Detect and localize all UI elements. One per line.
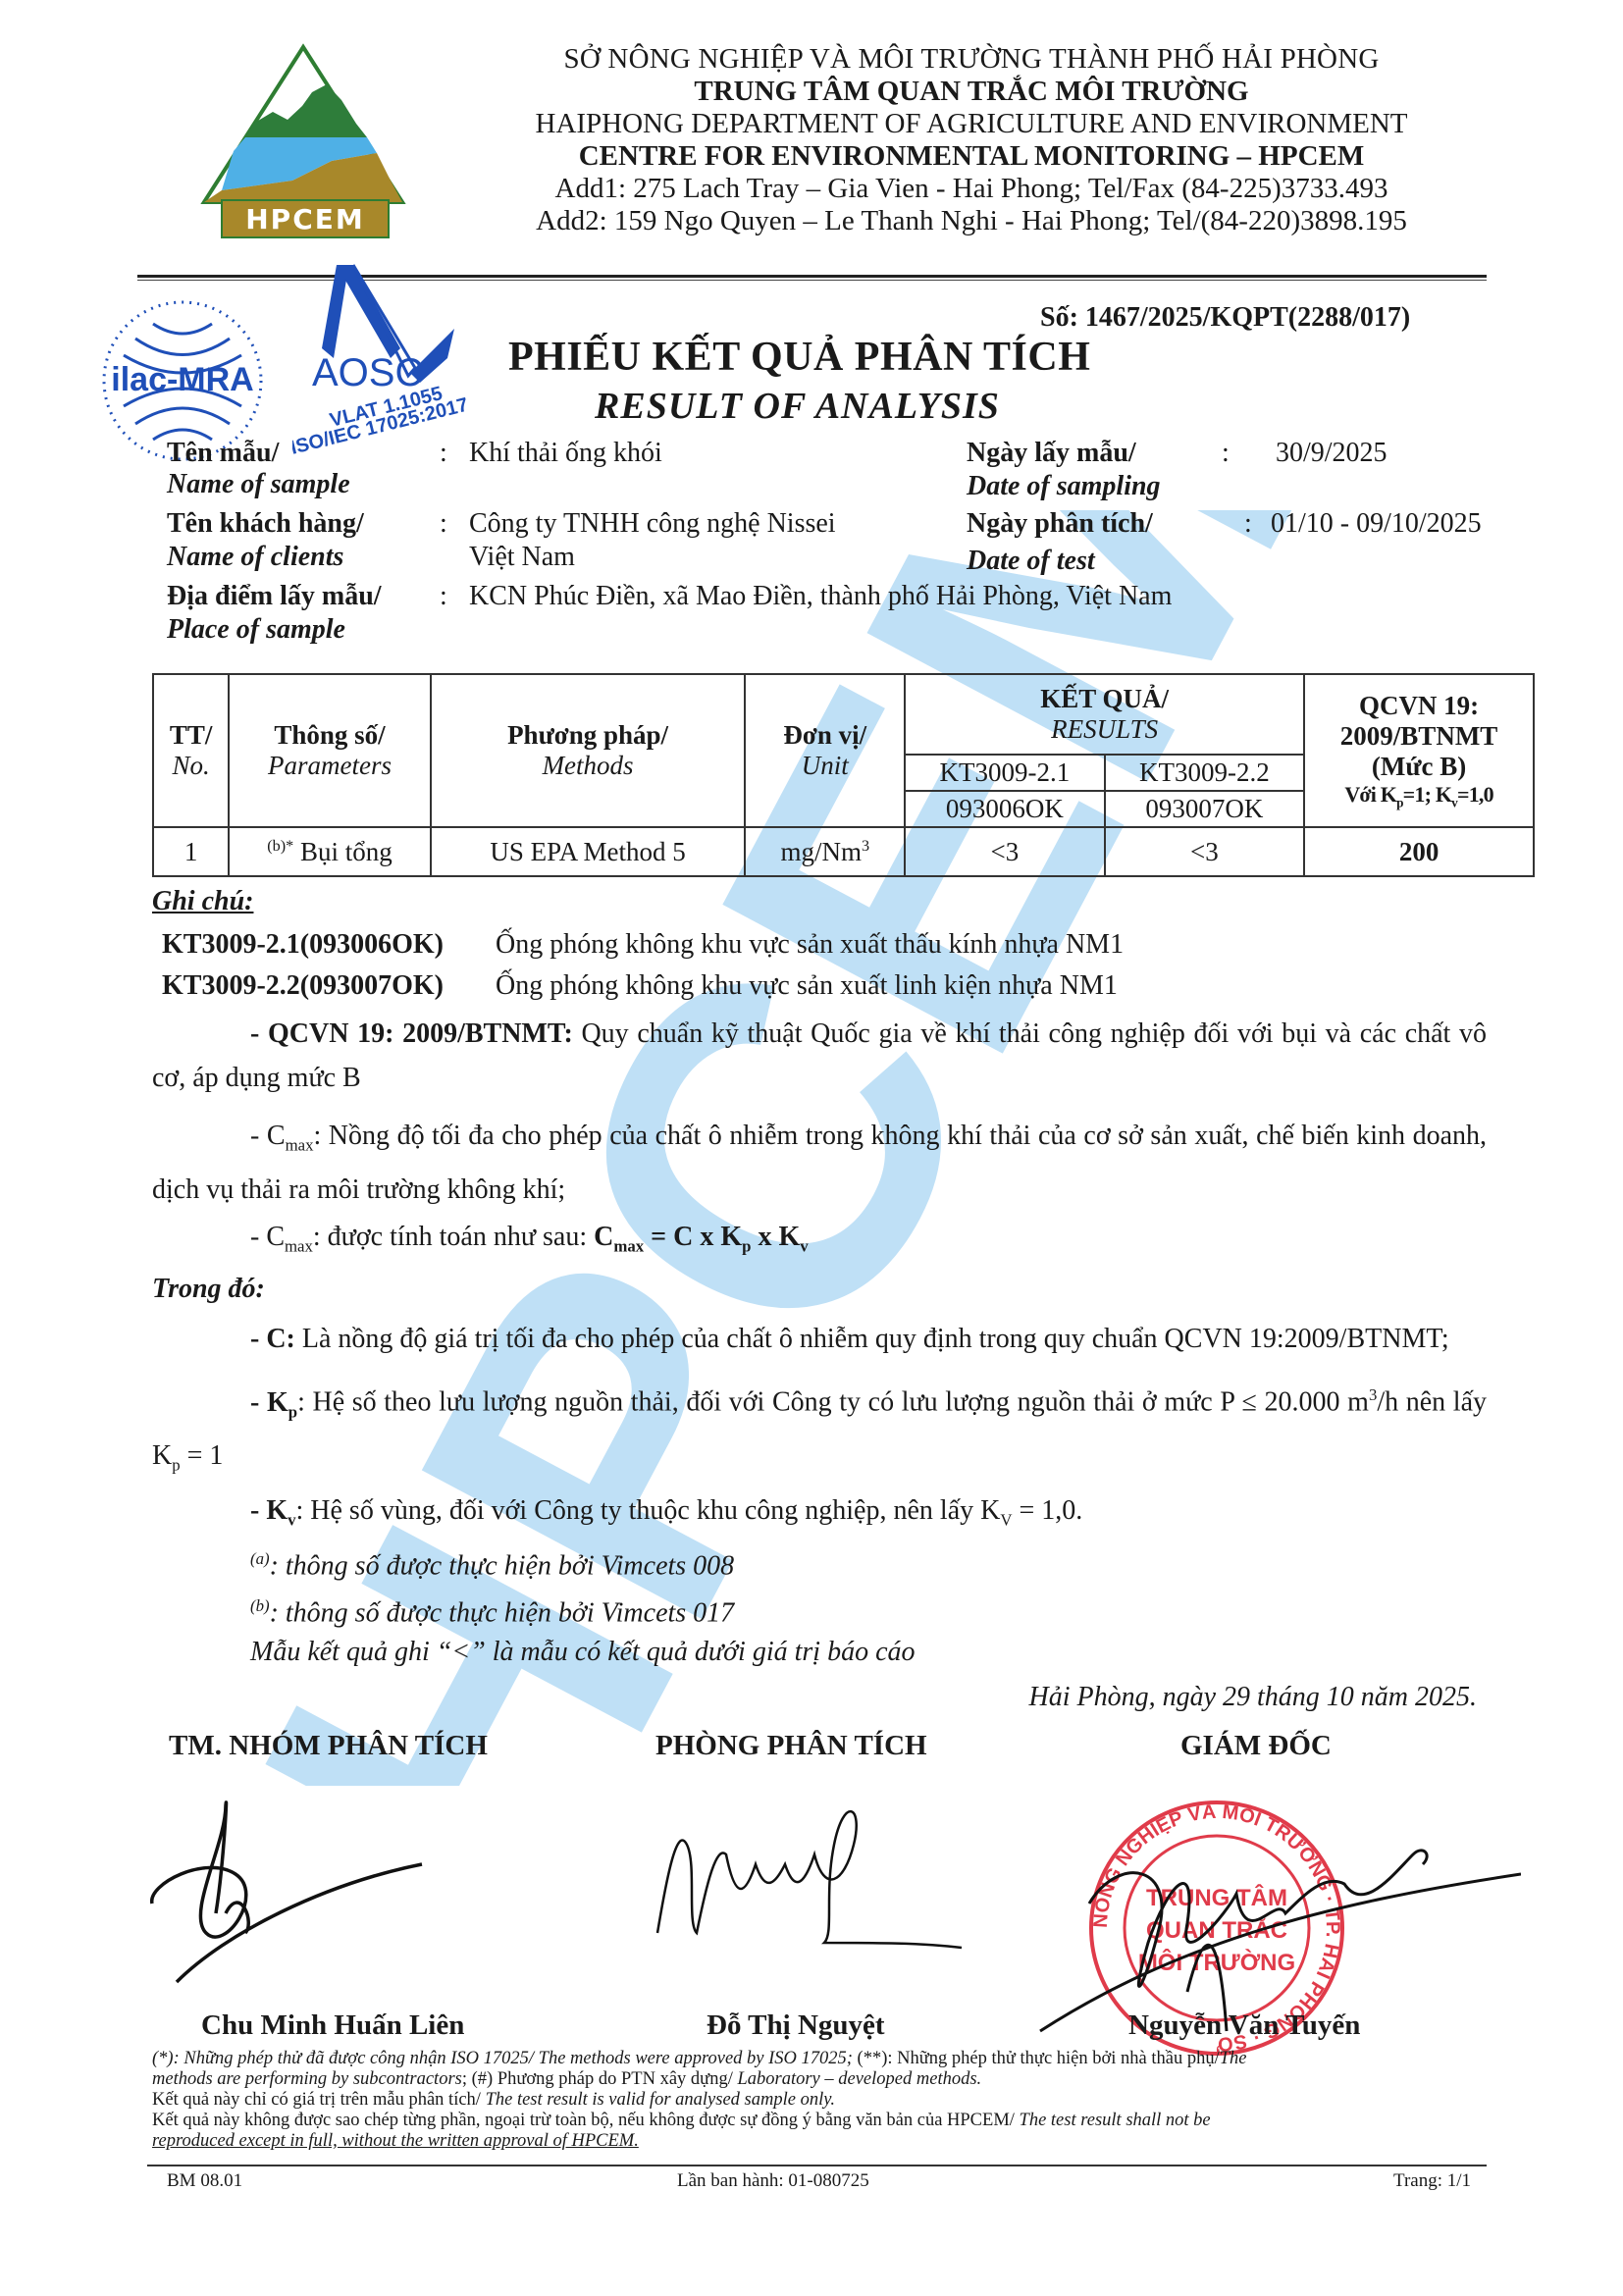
table-row: 1 (b)* Bụi tổng US EPA Method 5 mg/Nm3 <… bbox=[153, 827, 1534, 876]
sampling-date-label-en: Date of sampling bbox=[967, 471, 1161, 502]
svg-text:ilac-MRA: ilac-MRA bbox=[111, 361, 253, 398]
test-date-label-en: Date of test bbox=[967, 546, 1095, 577]
place-label-en: Place of sample bbox=[167, 614, 345, 646]
row-limit: 200 bbox=[1304, 827, 1534, 876]
header-results: KẾT QUẢ/ RESULTS bbox=[905, 674, 1304, 755]
note-sample-1: KT3009-2.1(093006OK)Ống phóng không khu … bbox=[152, 929, 1487, 961]
header-no: TT/ No. bbox=[153, 674, 229, 827]
client-label-en: Name of clients bbox=[167, 542, 343, 573]
note-cmax-formula: - Cmax: được tính toán như sau: Cmax = C… bbox=[152, 1222, 1487, 1263]
document-title-en: RESULT OF ANALYSIS bbox=[595, 385, 1000, 428]
aosc-accreditation-icon: AOSC VLAT 1.1055 ISO/IEC 17025:2017 bbox=[292, 260, 498, 456]
note-b: (b): thông số được thực hiện bởi Vimcets… bbox=[152, 1591, 1487, 1629]
sample-name-label-en: Name of sample bbox=[167, 469, 350, 500]
colon: : bbox=[1244, 508, 1252, 540]
signer-name-2: Đỗ Thị Nguyệt bbox=[707, 2009, 885, 2042]
org-centre-vn: TRUNG TÂM QUAN TRẮC MÔI TRƯỜNG bbox=[461, 76, 1482, 108]
colon: : bbox=[440, 438, 447, 469]
test-date-label: Ngày phân tích/ bbox=[967, 508, 1153, 540]
results-table: TT/ No. Thông số/ Parameters Phương pháp… bbox=[152, 673, 1535, 877]
note-kv: - Kv: Hệ số vùng, đối với Công ty thuộc … bbox=[152, 1495, 1487, 1537]
test-date-value: 01/10 - 09/10/2025 bbox=[1271, 508, 1482, 540]
sample2-code: 093007OK bbox=[1105, 791, 1304, 827]
row-no: 1 bbox=[153, 827, 229, 876]
note-kp: - Kp: Hệ số theo lưu lượng nguồn thải, đ… bbox=[152, 1373, 1487, 1487]
footer-line-1: (*): Những phép thử đã được công nhận IS… bbox=[152, 2049, 1496, 2069]
org-address-2: Add2: 159 Ngo Quyen – Le Thanh Nghi - Ha… bbox=[461, 205, 1482, 237]
footer-line-3: Kết quả này chỉ có giá trị trên mẫu phân… bbox=[152, 2090, 1496, 2111]
colon: : bbox=[1222, 438, 1230, 469]
org-centre-en: CENTRE FOR ENVIRONMENTAL MONITORING – HP… bbox=[461, 140, 1482, 173]
row-unit: mg/Nm3 bbox=[745, 827, 905, 876]
signature-2-icon bbox=[628, 1786, 981, 1982]
header-unit: Đơn vị/ Unit bbox=[745, 674, 905, 827]
signature-title-department: PHÒNG PHÂN TÍCH bbox=[655, 1730, 927, 1762]
sample-name-value: Khí thải ống khói bbox=[469, 438, 662, 469]
note-trong-do: Trong đó: bbox=[152, 1274, 1487, 1305]
row-parameter: (b)* Bụi tổng bbox=[229, 827, 431, 876]
issue-number: Lần ban hành: 01-080725 bbox=[677, 2170, 869, 2192]
document-title-vn: PHIẾU KẾT QUẢ PHÂN TÍCH bbox=[508, 334, 1090, 381]
note-a: (a): thông số được thực hiện bởi Vimcets… bbox=[152, 1543, 1487, 1582]
sample-name-label: Tên mẫu/ bbox=[167, 438, 279, 469]
client-label: Tên khách hàng/ bbox=[167, 508, 364, 540]
svg-text:HPCEM: HPCEM bbox=[245, 203, 365, 235]
signer-name-3: Nguyễn Văn Tuyến bbox=[1128, 2009, 1360, 2042]
note-sample-2: KT3009-2.2(093007OK)Ống phóng không khu … bbox=[152, 970, 1487, 1002]
page-number: Trang: 1/1 bbox=[1393, 2170, 1471, 2192]
document-number: Số: 1467/2025/KQPT(2288/017) bbox=[1040, 302, 1410, 334]
signature-title-director: GIÁM ĐỐC bbox=[1180, 1730, 1332, 1762]
footer-line-5: reproduced except in full, without the w… bbox=[152, 2131, 1496, 2152]
organization-header: SỞ NÔNG NGHIỆP VÀ MÔI TRƯỜNG THÀNH PHỐ H… bbox=[461, 43, 1482, 237]
footer-line-2: methods are performing by subcontractors… bbox=[152, 2069, 1496, 2090]
header-standard: QCVN 19: 2009/BTNMT (Mức B) Với Kp=1; Kv… bbox=[1304, 674, 1534, 827]
notes-heading: Ghi chú: bbox=[152, 886, 1487, 917]
sample1-id: KT3009-2.1 bbox=[905, 755, 1104, 791]
footer-line-4: Kết quả này không được sao chép từng phầ… bbox=[152, 2111, 1496, 2131]
place-date: Hải Phòng, ngày 29 tháng 10 năm 2025. bbox=[152, 1682, 1487, 1713]
sample2-id: KT3009-2.2 bbox=[1105, 755, 1304, 791]
note-qcvn: - QCVN 19: 2009/BTNMT: Quy chuẩn kỹ thuậ… bbox=[152, 1012, 1487, 1100]
svg-text:AOSC: AOSC bbox=[312, 351, 423, 394]
place-value: KCN Phúc Điền, xã Mao Điền, thành phố Hả… bbox=[469, 581, 1172, 612]
signature-1-icon bbox=[147, 1786, 442, 1992]
sample1-code: 093006OK bbox=[905, 791, 1104, 827]
client-value-line2: Việt Nam bbox=[469, 542, 575, 573]
org-department-en: HAIPHONG DEPARTMENT OF AGRICULTURE AND E… bbox=[461, 108, 1482, 140]
place-label: Địa điểm lấy mẫu/ bbox=[167, 581, 382, 612]
note-cmax-definition: - Cmax: Nồng độ tối đa cho phép của chất… bbox=[152, 1114, 1487, 1212]
colon: : bbox=[440, 581, 447, 612]
footer-divider bbox=[147, 2165, 1487, 2166]
row-result-2: <3 bbox=[1105, 827, 1304, 876]
notes-section: Ghi chú: KT3009-2.1(093006OK)Ống phóng k… bbox=[152, 886, 1487, 1713]
sampling-date-value: 30/9/2025 bbox=[1276, 438, 1387, 469]
signature-title-group: TM. NHÓM PHÂN TÍCH bbox=[169, 1730, 488, 1762]
signer-name-1: Chu Minh Huấn Liên bbox=[201, 2009, 464, 2042]
std-coefficients: Với Kp=1; Kv=1,0 bbox=[1309, 782, 1529, 810]
org-department-vn: SỞ NÔNG NGHIỆP VÀ MÔI TRƯỜNG THÀNH PHỐ H… bbox=[461, 43, 1482, 76]
org-address-1: Add1: 275 Lach Tray – Gia Vien - Hai Pho… bbox=[461, 173, 1482, 205]
row-result-1: <3 bbox=[905, 827, 1104, 876]
colon: : bbox=[440, 508, 447, 540]
note-c: - C: Là nồng độ giá trị tối đa cho phép … bbox=[152, 1317, 1487, 1361]
hpcem-logo: HPCEM bbox=[194, 43, 412, 239]
header-methods: Phương pháp/ Methods bbox=[431, 674, 746, 827]
header-parameters: Thông số/ Parameters bbox=[229, 674, 431, 827]
form-code: BM 08.01 bbox=[167, 2170, 242, 2192]
sampling-date-label: Ngày lấy mẫu/ bbox=[967, 438, 1136, 469]
footer-disclaimers: (*): Những phép thử đã được công nhận IS… bbox=[152, 2049, 1496, 2152]
client-value-line1: Công ty TNHH công nghệ Nissei bbox=[469, 508, 836, 540]
note-less-than: Mẫu kết quả ghi “<” là mẫu có kết quả dư… bbox=[152, 1637, 1487, 1668]
row-method: US EPA Method 5 bbox=[431, 827, 746, 876]
